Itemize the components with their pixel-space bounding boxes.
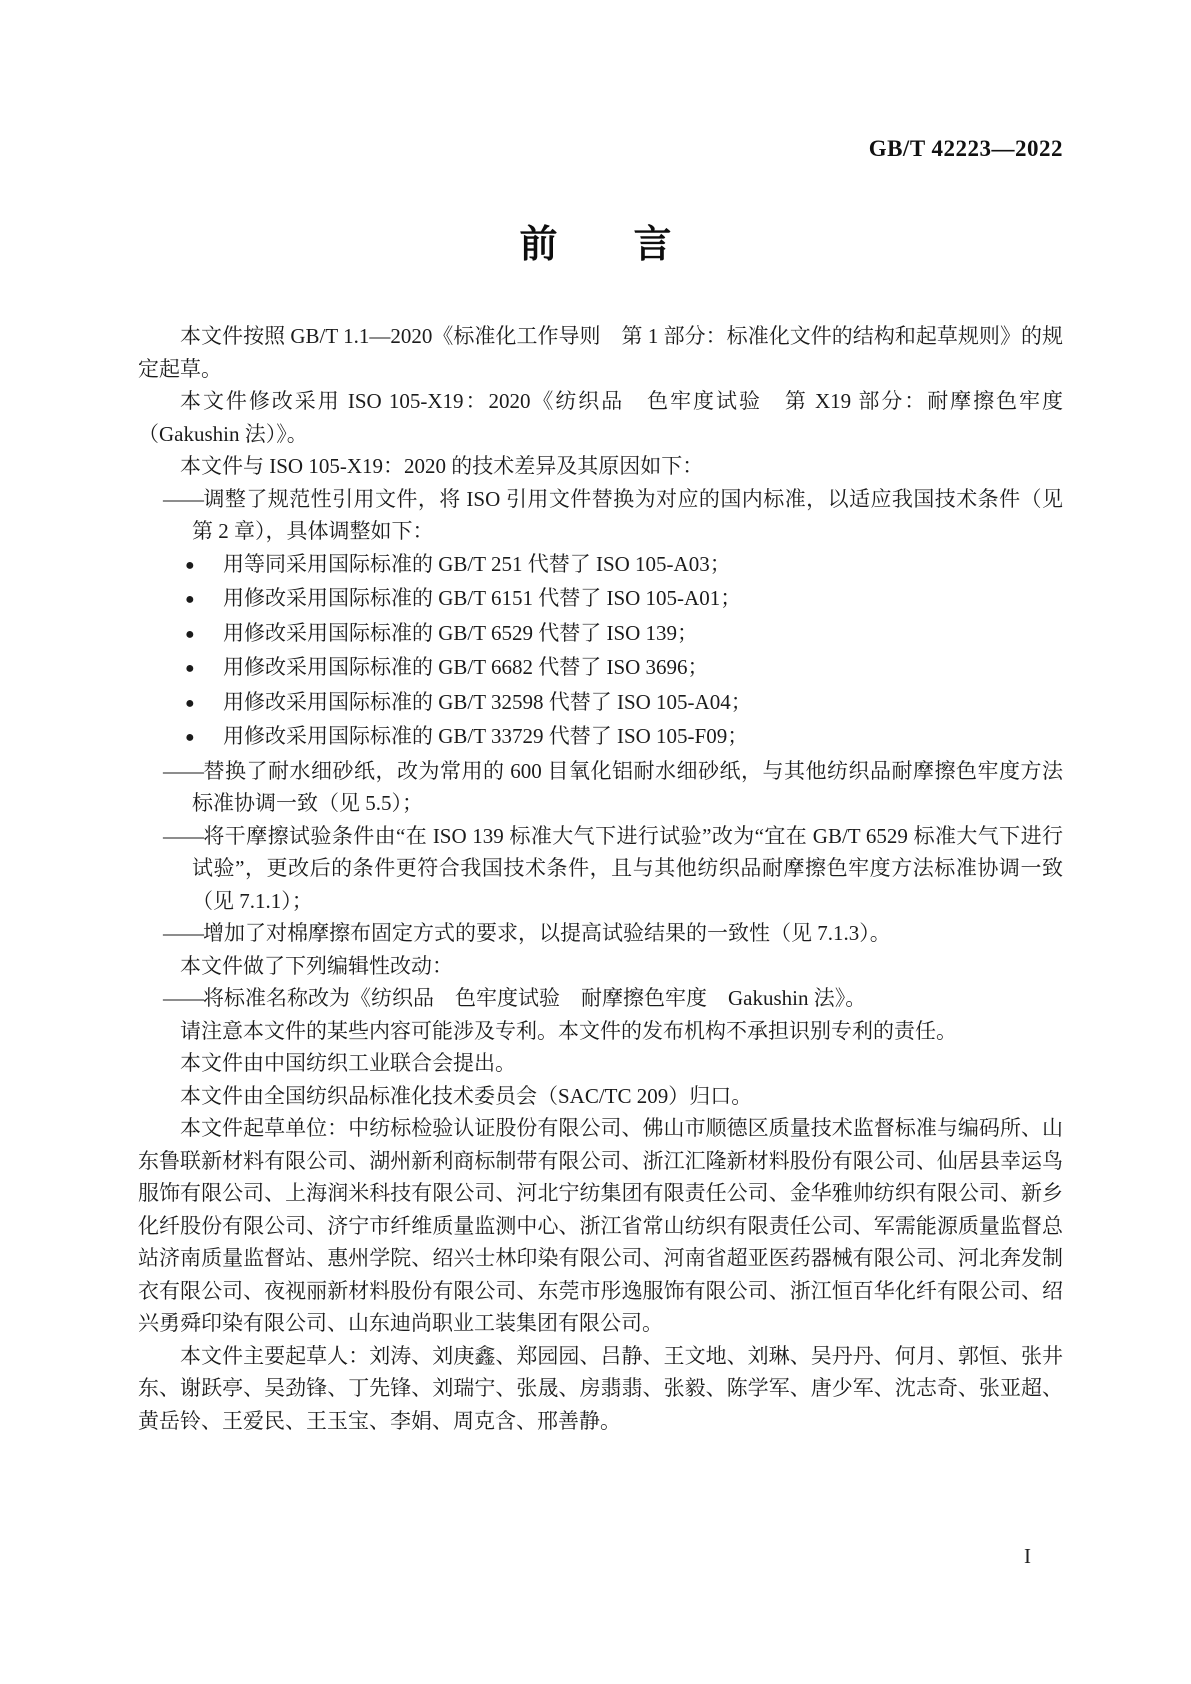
- paragraph-text: 本文件由中国纺织工业联合会提出。: [180, 1051, 516, 1075]
- item-text: 用修改采用国际标准的 GB/T 32598 代替了 ISO 105-A04；: [223, 690, 752, 714]
- foreword-paragraph: 本文件做了下列编辑性改动：: [138, 950, 1063, 983]
- foreword-paragraph: 本文件起草单位：中纺标检验认证股份有限公司、佛山市顺德区质量技术监督标准与编码所…: [138, 1112, 1063, 1340]
- item-text: 将干摩擦试验条件由“在 ISO 139 标准大气下进行试验”改为“宜在 GB/T…: [192, 824, 1063, 913]
- bullet-list-item: ●用修改采用国际标准的 GB/T 6529 代替了 ISO 139；: [138, 617, 1063, 652]
- paragraph-text: 本文件起草单位：中纺标检验认证股份有限公司、佛山市顺德区质量技术监督标准与编码所…: [138, 1116, 1063, 1335]
- dash-list-item: ——调整了规范性引用文件，将 ISO 引用文件替换为对应的国内标准，以适应我国技…: [138, 483, 1063, 548]
- foreword-paragraph: 本文件由中国纺织工业联合会提出。: [138, 1047, 1063, 1080]
- item-text: 用修改采用国际标准的 GB/T 6529 代替了 ISO 139；: [223, 621, 698, 645]
- item-text: 用修改采用国际标准的 GB/T 6682 代替了 ISO 3696；: [223, 655, 709, 679]
- dash-marker: ——: [163, 824, 203, 848]
- bullet-list-item: ●用修改采用国际标准的 GB/T 6682 代替了 ISO 3696；: [138, 651, 1063, 686]
- foreword-body: 本文件按照 GB/T 1.1—2020《标准化工作导则 第 1 部分：标准化文件…: [138, 320, 1063, 1437]
- bullet-list-item: ●用等同采用国际标准的 GB/T 251 代替了 ISO 105-A03；: [138, 548, 1063, 583]
- bullet-icon: ●: [204, 653, 223, 686]
- dash-list-item: ——替换了耐水细砂纸，改为常用的 600 目氧化铝耐水细砂纸，与其他纺织品耐摩擦…: [138, 755, 1063, 820]
- item-text: 用等同采用国际标准的 GB/T 251 代替了 ISO 105-A03；: [223, 552, 731, 576]
- item-text: 用修改采用国际标准的 GB/T 33729 代替了 ISO 105-F09；: [223, 724, 748, 748]
- standard-code: GB/T 42223—2022: [869, 136, 1063, 162]
- item-text: 增加了对棉摩擦布固定方式的要求，以提高试验结果的一致性（见 7.1.3）。: [203, 921, 891, 945]
- dash-marker: ——: [163, 487, 203, 511]
- document-page: GB/T 42223—2022 前 言 本文件按照 GB/T 1.1—2020《…: [0, 0, 1191, 1684]
- item-text: 调整了规范性引用文件，将 ISO 引用文件替换为对应的国内标准，以适应我国技术条…: [192, 487, 1063, 544]
- bullet-icon: ●: [204, 584, 223, 617]
- foreword-paragraph: 本文件由全国纺织品标准化技术委员会（SAC/TC 209）归口。: [138, 1080, 1063, 1113]
- foreword-paragraph: 本文件与 ISO 105-X19：2020 的技术差异及其原因如下：: [138, 450, 1063, 483]
- bullet-icon: ●: [204, 550, 223, 583]
- bullet-list-item: ●用修改采用国际标准的 GB/T 6151 代替了 ISO 105-A01；: [138, 582, 1063, 617]
- paragraph-text: 本文件修改采用 ISO 105-X19：2020《纺织品 色牢度试验 第 X19…: [138, 389, 1063, 446]
- paragraph-text: 本文件由全国纺织品标准化技术委员会（SAC/TC 209）归口。: [180, 1084, 752, 1108]
- dash-list-item: ——增加了对棉摩擦布固定方式的要求，以提高试验结果的一致性（见 7.1.3）。: [138, 917, 1063, 950]
- item-text: 将标准名称改为《纺织品 色牢度试验 耐摩擦色牢度 Gakushin 法》。: [203, 986, 866, 1010]
- dash-marker: ——: [163, 986, 203, 1010]
- item-text: 替换了耐水细砂纸，改为常用的 600 目氧化铝耐水细砂纸，与其他纺织品耐摩擦色牢…: [192, 759, 1063, 816]
- foreword-paragraph: 本文件修改采用 ISO 105-X19：2020《纺织品 色牢度试验 第 X19…: [138, 385, 1063, 450]
- item-text: 用修改采用国际标准的 GB/T 6151 代替了 ISO 105-A01；: [223, 586, 741, 610]
- page-title: 前 言: [0, 224, 1191, 268]
- page-number: I: [1024, 1544, 1031, 1569]
- dash-list-item: ——将干摩擦试验条件由“在 ISO 139 标准大气下进行试验”改为“宜在 GB…: [138, 820, 1063, 918]
- paragraph-text: 请注意本文件的某些内容可能涉及专利。本文件的发布机构不承担识别专利的责任。: [180, 1019, 957, 1043]
- paragraph-text: 本文件与 ISO 105-X19：2020 的技术差异及其原因如下：: [180, 454, 703, 478]
- dash-marker: ——: [163, 759, 203, 783]
- paragraph-text: 本文件按照 GB/T 1.1—2020《标准化工作导则 第 1 部分：标准化文件…: [138, 324, 1063, 381]
- bullet-list-item: ●用修改采用国际标准的 GB/T 32598 代替了 ISO 105-A04；: [138, 686, 1063, 721]
- paragraph-text: 本文件主要起草人：刘涛、刘庚鑫、郑园园、吕静、王文地、刘琳、吴丹丹、何月、郭恒、…: [138, 1344, 1063, 1433]
- bullet-icon: ●: [204, 688, 223, 721]
- bullet-list-item: ●用修改采用国际标准的 GB/T 33729 代替了 ISO 105-F09；: [138, 720, 1063, 755]
- dash-list-item: ——将标准名称改为《纺织品 色牢度试验 耐摩擦色牢度 Gakushin 法》。: [138, 982, 1063, 1015]
- bullet-icon: ●: [204, 722, 223, 755]
- bullet-icon: ●: [204, 619, 223, 652]
- foreword-paragraph: 本文件主要起草人：刘涛、刘庚鑫、郑园园、吕静、王文地、刘琳、吴丹丹、何月、郭恒、…: [138, 1340, 1063, 1438]
- foreword-paragraph: 请注意本文件的某些内容可能涉及专利。本文件的发布机构不承担识别专利的责任。: [138, 1015, 1063, 1048]
- paragraph-text: 本文件做了下列编辑性改动：: [180, 954, 453, 978]
- dash-marker: ——: [163, 921, 203, 945]
- foreword-paragraph: 本文件按照 GB/T 1.1—2020《标准化工作导则 第 1 部分：标准化文件…: [138, 320, 1063, 385]
